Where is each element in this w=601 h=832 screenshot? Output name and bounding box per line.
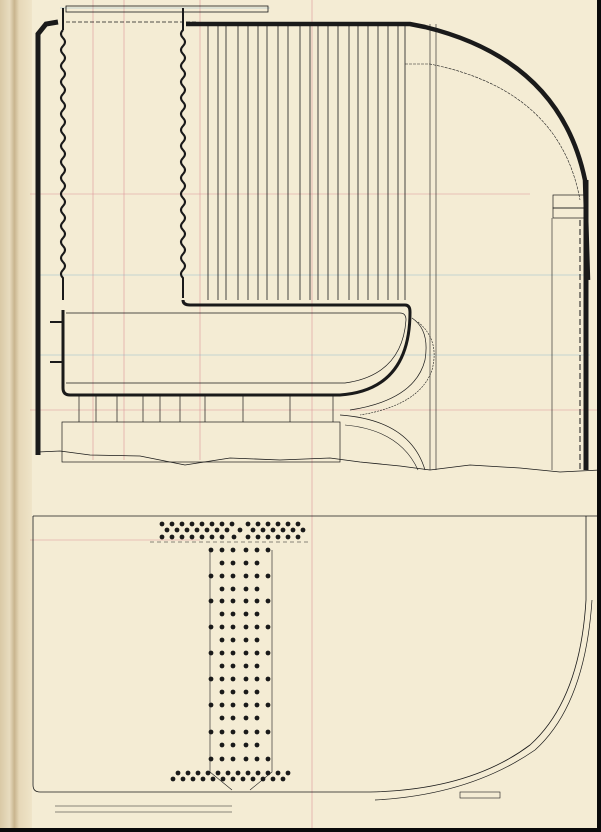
lower-plan [33, 516, 601, 812]
drawing-sheet [0, 0, 601, 832]
upper-plan [38, 6, 600, 472]
column-grid [160, 522, 306, 782]
red-construction-lines [30, 0, 601, 832]
technical-drawing [0, 0, 601, 832]
